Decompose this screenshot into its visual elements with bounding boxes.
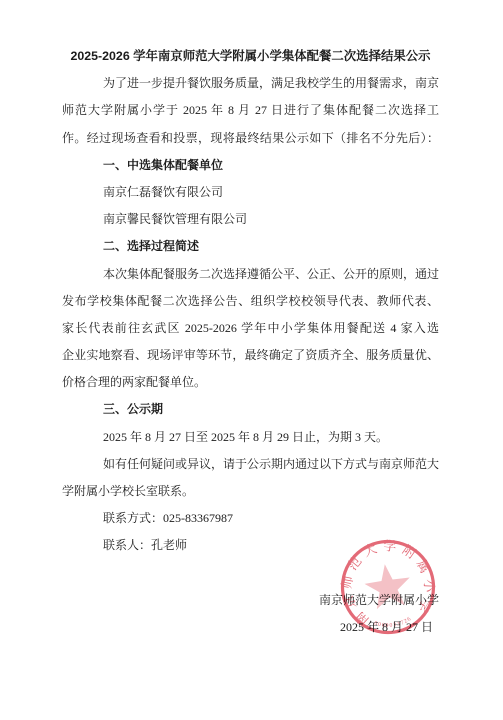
section3-heading: 三、公示期 (62, 396, 439, 423)
spacer-row (62, 560, 439, 587)
company-name-1: 南京仁磊餐饮有限公司 (62, 179, 439, 206)
process-line-1: 本次集体配餐服务二次选择遵循公平、公正、公开的原则，通过 (62, 261, 439, 288)
contact-phone: 联系方式：025-83367987 (62, 505, 439, 532)
intro-line-3: 作。经过现场查看和投票，现将最终结果公示如下（排名不分先后）： (62, 125, 439, 152)
section2-heading: 二、选择过程简述 (62, 233, 439, 260)
company-name-2: 南京馨民餐饮管理有限公司 (62, 206, 439, 233)
notice-line-2: 学附属小学校长室联系。 (62, 478, 439, 505)
process-line-2: 发布学校集体配餐二次选择公告、组织学校校领导代表、教师代表、 (62, 288, 439, 315)
intro-line-2: 师范大学附属小学于 2025 年 8 月 27 日进行了集体配餐二次选择工 (62, 97, 439, 124)
signature-date: 2025 年 8 月 27 日 (62, 614, 439, 641)
signature-org: 南京师范大学附属小学 (62, 587, 439, 614)
process-line-5: 价格合理的两家配餐单位。 (62, 369, 439, 396)
page-title: 2025-2026 学年南京师范大学附属小学集体配餐二次选择结果公示 (62, 43, 439, 70)
intro-line-1: 为了进一步提升餐饮服务质量，满足我校学生的用餐需求，南京 (62, 70, 439, 97)
publicity-period: 2025 年 8 月 27 日至 2025 年 8 月 29 日止，为期 3 天… (62, 424, 439, 451)
section1-heading: 一、中选集体配餐单位 (62, 152, 439, 179)
notice-line-1: 如有任何疑问或异议，请于公示期内通过以下方式与南京师范大 (62, 451, 439, 478)
notice-document: 2025-2026 学年南京师范大学附属小学集体配餐二次选择结果公示 为了进一步… (62, 43, 439, 641)
contact-person: 联系人：孔老师 (62, 532, 439, 559)
process-line-4: 企业实地察看、现场评审等环节，最终确定了资质齐全、服务质量优、 (62, 342, 439, 369)
process-line-3: 家长代表前往玄武区 2025-2026 学年中小学集体用餐配送 4 家入选 (62, 315, 439, 342)
